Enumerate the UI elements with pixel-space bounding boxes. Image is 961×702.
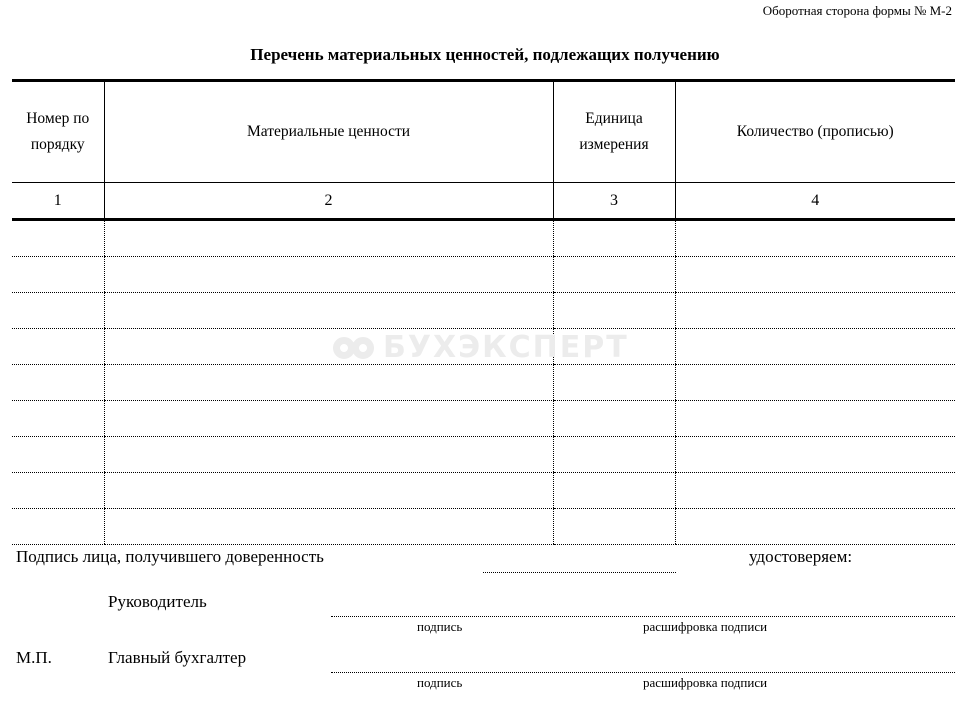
table-row bbox=[12, 473, 955, 509]
head-signature-caption: подпись bbox=[417, 619, 462, 635]
table-cell[interactable] bbox=[104, 365, 553, 401]
table-cell[interactable] bbox=[104, 220, 553, 257]
table-cell[interactable] bbox=[12, 293, 104, 329]
table-row bbox=[12, 293, 955, 329]
table-row bbox=[12, 401, 955, 437]
table-body bbox=[12, 220, 955, 545]
table-cell[interactable] bbox=[553, 257, 675, 293]
table-cell[interactable] bbox=[675, 257, 955, 293]
header-material-values: Материальные ценности bbox=[104, 81, 553, 183]
page-title: Перечень материальных ценностей, подлежа… bbox=[0, 45, 961, 65]
accountant-signature-caption: подпись bbox=[417, 675, 462, 691]
table-cell[interactable] bbox=[553, 401, 675, 437]
table-cell[interactable] bbox=[12, 220, 104, 257]
table-row bbox=[12, 257, 955, 293]
head-signature-line[interactable] bbox=[331, 616, 955, 617]
table-cell[interactable] bbox=[104, 329, 553, 365]
table-cell[interactable] bbox=[104, 509, 553, 545]
table-cell[interactable] bbox=[104, 473, 553, 509]
materials-table-container: Номер по порядку Материальные ценности Е… bbox=[12, 79, 955, 545]
head-decoding-caption: расшифровка подписи bbox=[643, 619, 767, 635]
table-cell[interactable] bbox=[675, 329, 955, 365]
table-cell[interactable] bbox=[12, 473, 104, 509]
column-number: 3 bbox=[553, 183, 675, 220]
recipient-signature-line[interactable] bbox=[483, 572, 676, 573]
accountant-signature-line[interactable] bbox=[331, 672, 955, 673]
table-cell[interactable] bbox=[12, 365, 104, 401]
table-cell[interactable] bbox=[553, 365, 675, 401]
table-cell[interactable] bbox=[553, 437, 675, 473]
header-quantity: Количество (прописью) bbox=[675, 81, 955, 183]
table-cell[interactable] bbox=[675, 220, 955, 257]
column-number: 4 bbox=[675, 183, 955, 220]
table-cell[interactable] bbox=[12, 509, 104, 545]
table-cell[interactable] bbox=[104, 293, 553, 329]
table-cell[interactable] bbox=[675, 293, 955, 329]
header-order-number: Номер по порядку bbox=[12, 81, 104, 183]
stamp-label: М.П. bbox=[16, 648, 52, 668]
table-cell[interactable] bbox=[675, 437, 955, 473]
table-row bbox=[12, 220, 955, 257]
table-cell[interactable] bbox=[104, 257, 553, 293]
table-cell[interactable] bbox=[553, 293, 675, 329]
table-cell[interactable] bbox=[553, 220, 675, 257]
table-row bbox=[12, 365, 955, 401]
table-cell[interactable] bbox=[12, 401, 104, 437]
table-header-row: Номер по порядку Материальные ценности Е… bbox=[12, 81, 955, 183]
head-label: Руководитель bbox=[108, 592, 207, 612]
table-cell[interactable] bbox=[12, 329, 104, 365]
certify-label: удостоверяем: bbox=[749, 547, 852, 567]
table-cell[interactable] bbox=[104, 401, 553, 437]
table-cell[interactable] bbox=[553, 329, 675, 365]
table-cell[interactable] bbox=[104, 437, 553, 473]
table-row bbox=[12, 437, 955, 473]
recipient-signature-label: Подпись лица, получившего доверенность bbox=[16, 547, 324, 567]
table-cell[interactable] bbox=[675, 473, 955, 509]
table-cell[interactable] bbox=[675, 365, 955, 401]
table-cell[interactable] bbox=[553, 509, 675, 545]
accountant-decoding-caption: расшифровка подписи bbox=[643, 675, 767, 691]
table-cell[interactable] bbox=[675, 509, 955, 545]
table-cell[interactable] bbox=[12, 437, 104, 473]
table-cell[interactable] bbox=[12, 257, 104, 293]
accountant-label: Главный бухгалтер bbox=[108, 648, 246, 668]
column-number-row: 1 2 3 4 bbox=[12, 183, 955, 220]
table-cell[interactable] bbox=[675, 401, 955, 437]
table-row bbox=[12, 509, 955, 545]
column-number: 2 bbox=[104, 183, 553, 220]
column-number: 1 bbox=[12, 183, 104, 220]
header-unit: Единица измерения bbox=[553, 81, 675, 183]
form-reference: Оборотная сторона формы № М-2 bbox=[763, 3, 952, 19]
materials-table: Номер по порядку Материальные ценности Е… bbox=[12, 79, 955, 545]
table-cell[interactable] bbox=[553, 473, 675, 509]
table-row bbox=[12, 329, 955, 365]
